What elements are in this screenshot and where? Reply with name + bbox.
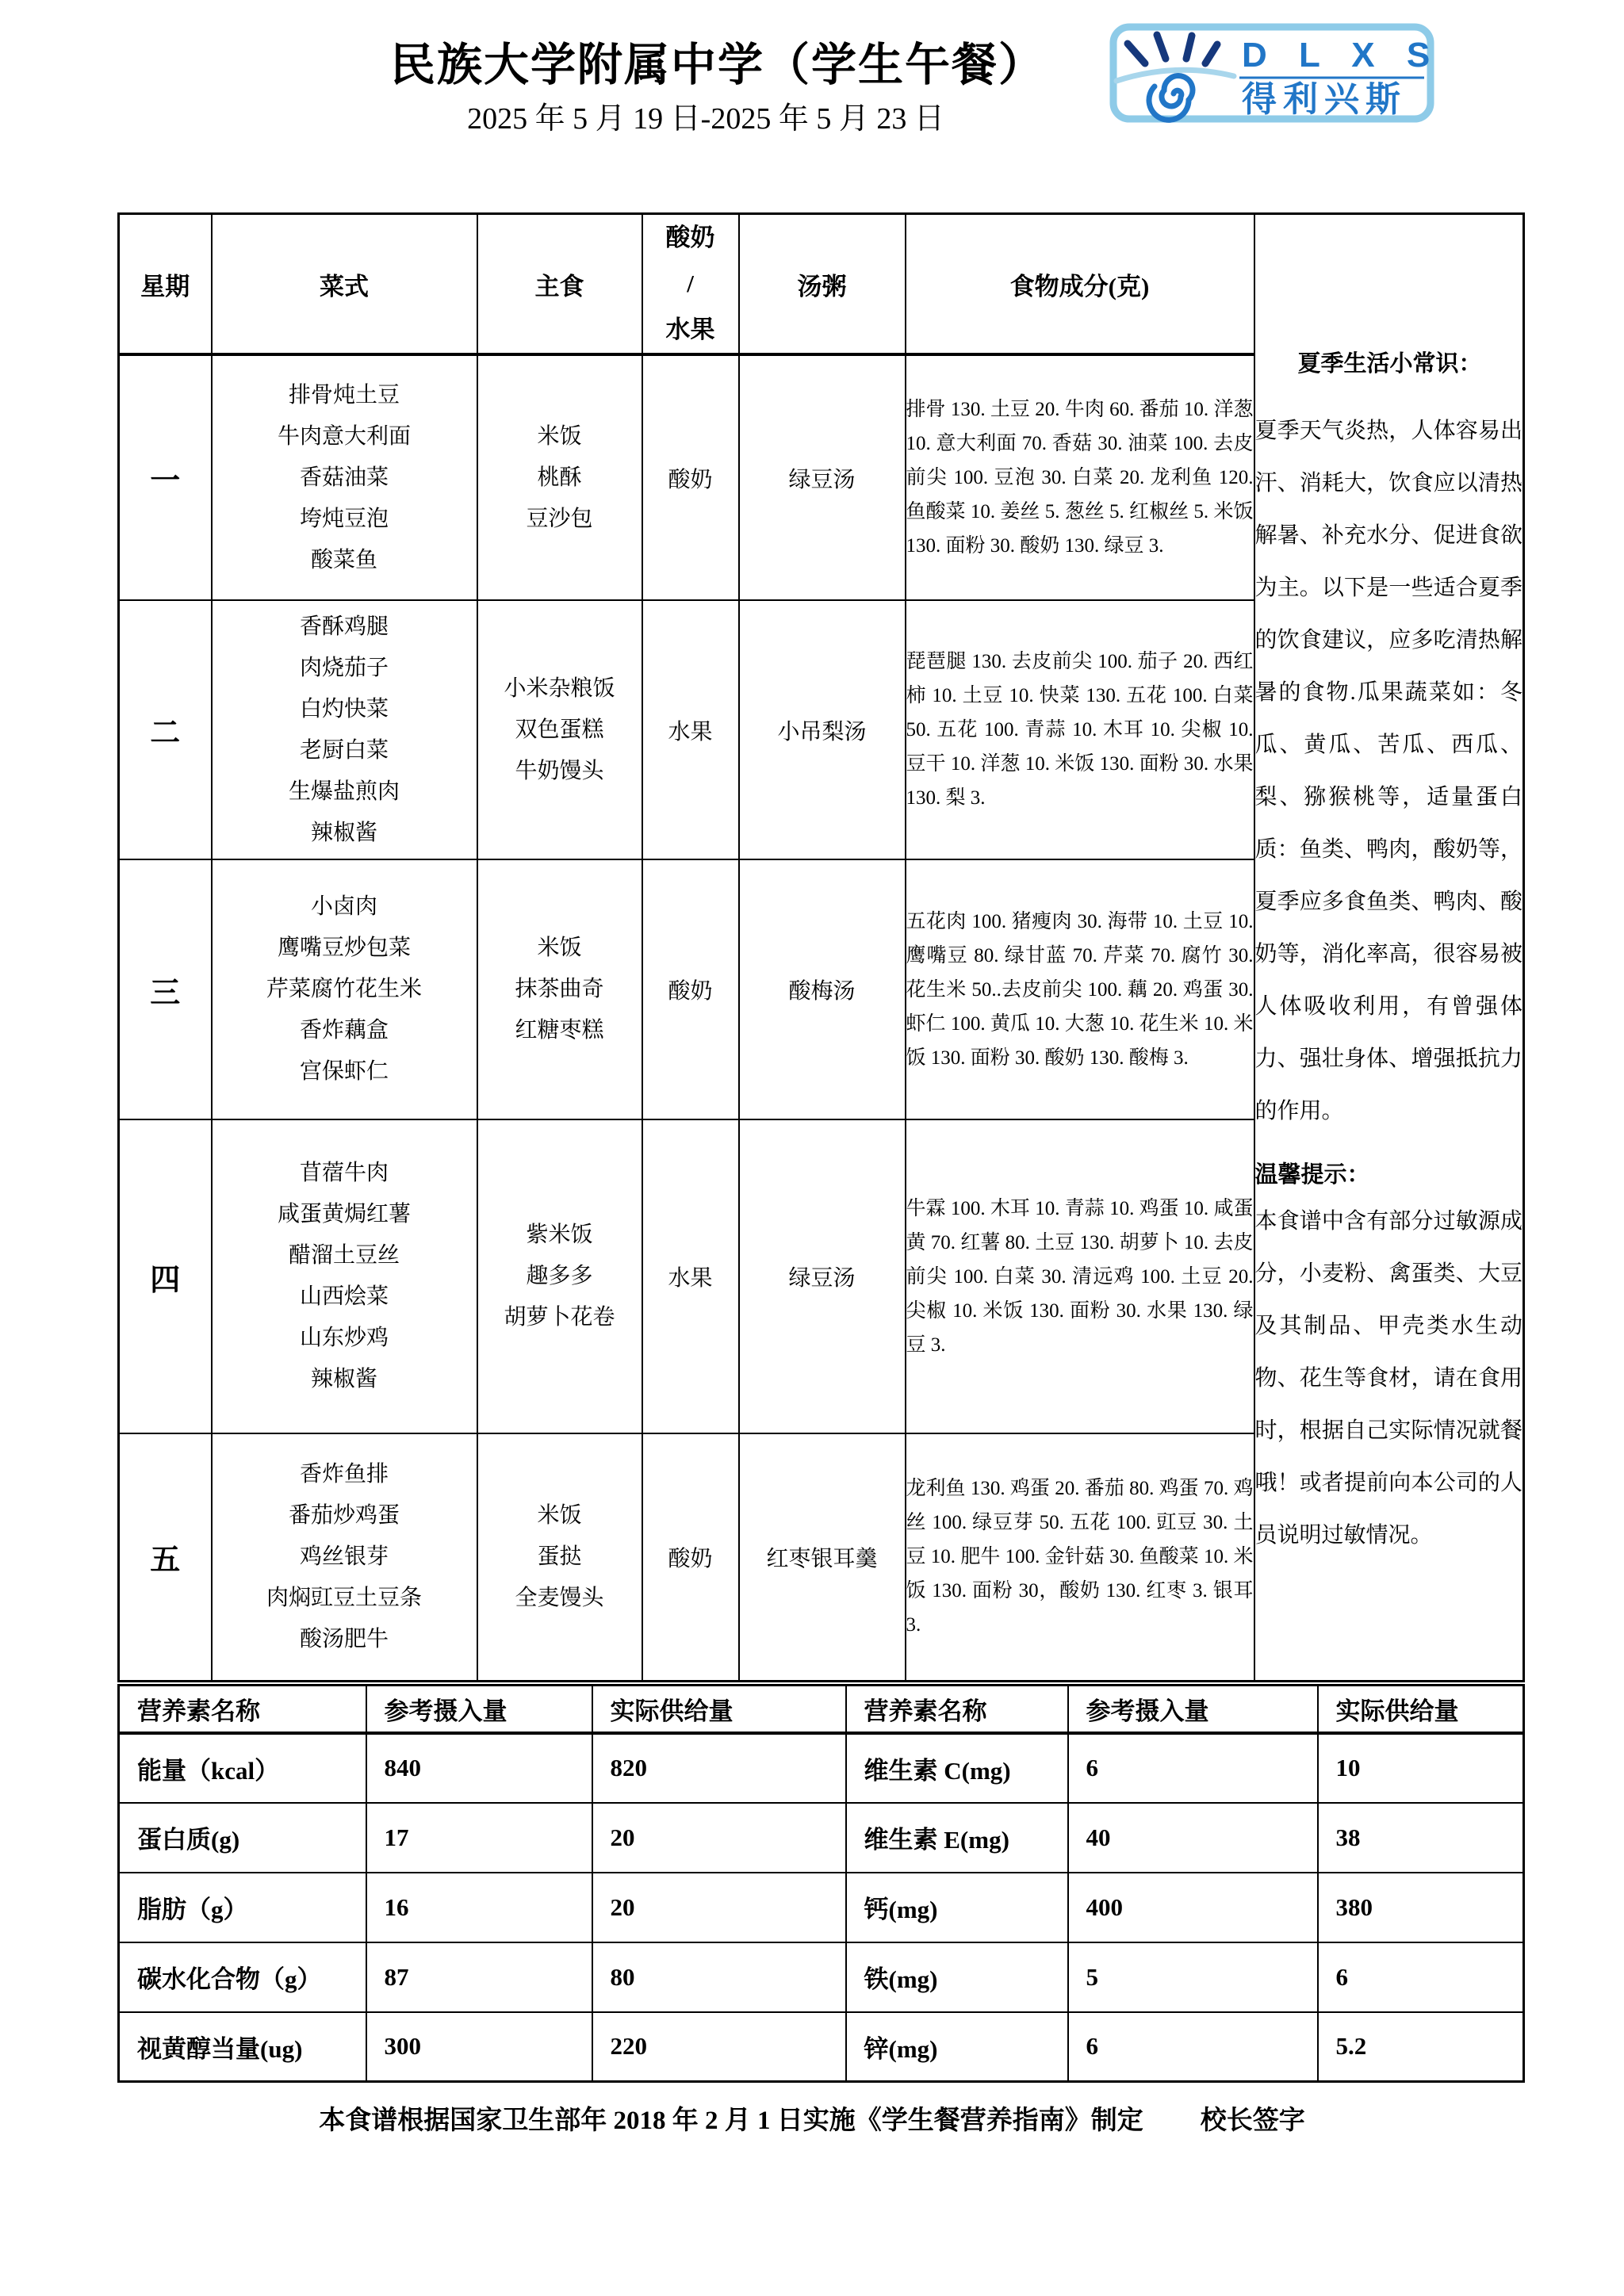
actual-value: 5.2: [1318, 2012, 1524, 2082]
reference-value: 300: [366, 2012, 592, 2082]
dish-item: 醋溜土豆丝: [213, 1235, 477, 1276]
nutrition-row: 视黄醇当量(ug) 300 220 锌(mg) 6 5.2: [119, 2012, 1524, 2082]
staple-item: 米饭: [478, 928, 642, 969]
soup-cell: 绿豆汤: [739, 1119, 906, 1433]
staple-item: 全麦馒头: [478, 1578, 642, 1619]
staple-item: 米饭: [478, 416, 642, 457]
composition-text: 排骨 130. 土豆 20. 牛肉 60. 番茄 10. 洋葱 10. 意大利面…: [906, 392, 1254, 563]
actual-value: 820: [592, 1733, 846, 1803]
eye-lashes-icon: [1128, 35, 1217, 63]
dishes-cell: 小卤肉 鹰嘴豆炒包菜 芹菜腐竹花生米 香炸藕盒 宫保虾仁: [212, 859, 477, 1119]
dish-item: 老厨白菜: [213, 730, 477, 771]
header-yf-slash: /: [643, 261, 738, 307]
header-yogurt-fruit: 酸奶 / 水果: [642, 214, 739, 355]
header-staple: 主食: [477, 214, 642, 355]
header-yf-line2: 水果: [643, 307, 738, 353]
actual-value: 6: [1318, 1942, 1524, 2012]
nutrition-table: 营养素名称 参考摄入量 实际供给量 营养素名称 参考摄入量 实际供给量 能量（k…: [117, 1684, 1525, 2083]
tips-body: 夏季天气炎热，人体容易出汗、消耗大，饮食应以清热解暑、补充水分、促进食欲为主。以…: [1255, 405, 1523, 1138]
soup-cell: 绿豆汤: [739, 354, 906, 600]
nutrient-label: 能量（kcal）: [119, 1733, 366, 1803]
composition-cell: 五花肉 100. 猪瘦肉 30. 海带 10. 土豆 10. 鹰嘴豆 80. 绿…: [906, 859, 1254, 1119]
dish-item: 酸菜鱼: [213, 540, 477, 581]
nutrient-label: 钙(mg): [846, 1873, 1068, 1942]
dish-item: 香炸鱼排: [213, 1454, 477, 1495]
staple-cell: 米饭 蛋挞 全麦馒头: [477, 1433, 642, 1681]
lunch-menu-table: 星期 菜式 主食 酸奶 / 水果 汤粥 食物成分(克) 夏季生活小常识： 夏季天…: [117, 212, 1525, 1682]
reference-value: 400: [1068, 1873, 1318, 1942]
composition-cell: 排骨 130. 土豆 20. 牛肉 60. 番茄 10. 洋葱 10. 意大利面…: [906, 354, 1254, 600]
actual-value: 38: [1318, 1803, 1524, 1873]
reference-value: 17: [366, 1803, 592, 1873]
dish-item: 鹰嘴豆炒包菜: [213, 928, 477, 969]
company-logo: D L X S 得利兴斯: [1109, 22, 1435, 124]
soup-cell: 红枣银耳羹: [739, 1433, 906, 1681]
header-composition: 食物成分(克): [906, 214, 1254, 355]
actual-value: 10: [1318, 1733, 1524, 1803]
composition-text: 五花肉 100. 猪瘦肉 30. 海带 10. 土豆 10. 鹰嘴豆 80. 绿…: [906, 905, 1254, 1075]
day-label: 四: [119, 1119, 212, 1433]
staple-item: 米饭: [478, 1495, 642, 1536]
composition-text: 琵琶腿 130. 去皮前尖 100. 茄子 20. 西红柿 10. 土豆 10.…: [906, 645, 1254, 815]
day-label: 二: [119, 600, 212, 859]
actual-supply-header: 实际供给量: [1318, 1686, 1524, 1733]
staple-item: 牛奶馒头: [478, 751, 642, 792]
composition-text: 牛霖 100. 木耳 10. 青蒜 10. 鸡蛋 10. 咸蛋黄 70. 红薯 …: [906, 1192, 1254, 1362]
staple-item: 桃酥: [478, 457, 642, 499]
soup-cell: 酸梅汤: [739, 859, 906, 1119]
dish-item: 肉焖豇豆土豆条: [213, 1578, 477, 1619]
staple-item: 蛋挞: [478, 1536, 642, 1578]
yogurt-fruit-cell: 水果: [642, 1119, 739, 1433]
staple-item: 趣多多: [478, 1256, 642, 1297]
tips-panel: 夏季生活小常识： 夏季天气炎热，人体容易出汗、消耗大，饮食应以清热解暑、补充水分…: [1254, 214, 1524, 1682]
actual-value: 80: [592, 1942, 846, 2012]
day-label: 五: [119, 1433, 212, 1681]
actual-value: 20: [592, 1873, 846, 1942]
staple-cell: 小米杂粮饭 双色蛋糕 牛奶馒头: [477, 600, 642, 859]
dish-item: 生爆盐煎肉: [213, 771, 477, 813]
dishes-cell: 排骨炖土豆 牛肉意大利面 香菇油菜 垮炖豆泡 酸菜鱼: [212, 354, 477, 600]
nutrition-row: 脂肪（g） 16 20 钙(mg) 400 380: [119, 1873, 1524, 1942]
actual-supply-header: 实际供给量: [592, 1686, 846, 1733]
yogurt-fruit-cell: 酸奶: [642, 354, 739, 600]
dish-item: 咸蛋黄焗红薯: [213, 1194, 477, 1235]
reference-value: 6: [1068, 1733, 1318, 1803]
header-day: 星期: [119, 214, 212, 355]
nutrient-label: 蛋白质(g): [119, 1803, 366, 1873]
staple-cell: 米饭 桃酥 豆沙包: [477, 354, 642, 600]
composition-cell: 龙利鱼 130. 鸡蛋 20. 番茄 80. 鸡蛋 70. 鸡丝 100. 绿豆…: [906, 1433, 1254, 1681]
nutrient-label: 铁(mg): [846, 1942, 1068, 2012]
nutrient-label: 碳水化合物（g）: [119, 1942, 366, 2012]
logo-abbr: D L X S: [1242, 36, 1435, 75]
nutrient-label: 视黄醇当量(ug): [119, 2012, 366, 2082]
dish-item: 辣椒酱: [213, 1359, 477, 1400]
dish-item: 辣椒酱: [213, 813, 477, 854]
staple-item: 豆沙包: [478, 499, 642, 540]
composition-cell: 牛霖 100. 木耳 10. 青蒜 10. 鸡蛋 10. 咸蛋黄 70. 红薯 …: [906, 1119, 1254, 1433]
nutrition-row: 碳水化合物（g） 87 80 铁(mg) 5 6: [119, 1942, 1524, 2012]
staple-item: 双色蛋糕: [478, 710, 642, 751]
day-label: 三: [119, 859, 212, 1119]
actual-value: 380: [1318, 1873, 1524, 1942]
nutrient-name-header: 营养素名称: [119, 1686, 366, 1733]
yogurt-fruit-cell: 酸奶: [642, 859, 739, 1119]
logo-name: 得利兴斯: [1242, 80, 1407, 119]
reference-value: 840: [366, 1733, 592, 1803]
staple-item: 抹茶曲奇: [478, 969, 642, 1010]
dish-item: 香菇油菜: [213, 457, 477, 499]
header-soup: 汤粥: [739, 214, 906, 355]
staple-item: 紫米饭: [478, 1215, 642, 1256]
dish-item: 肉烧茄子: [213, 648, 477, 689]
footer: 本食谱根据国家卫生部年 2018 年 2 月 1 日实施《学生餐营养指南》制定校…: [0, 2099, 1624, 2137]
dish-item: 番茄炒鸡蛋: [213, 1495, 477, 1536]
dish-item: 山西烩菜: [213, 1276, 477, 1318]
dish-item: 山东炒鸡: [213, 1318, 477, 1359]
dish-item: 苜蓿牛肉: [213, 1153, 477, 1194]
composition-text: 龙利鱼 130. 鸡蛋 20. 番茄 80. 鸡蛋 70. 鸡丝 100. 绿豆…: [906, 1471, 1254, 1642]
nutrient-label: 脂肪（g）: [119, 1873, 366, 1942]
dish-item: 香酥鸡腿: [213, 607, 477, 648]
header-dishes: 菜式: [212, 214, 477, 355]
reference-value: 40: [1068, 1803, 1318, 1873]
reference-value: 5: [1068, 1942, 1318, 2012]
spiral-eye-icon: [1149, 76, 1193, 121]
dish-item: 鸡丝银芽: [213, 1536, 477, 1578]
reference-intake-header: 参考摄入量: [366, 1686, 592, 1733]
dish-item: 酸汤肥牛: [213, 1619, 477, 1660]
nutrition-header-row: 营养素名称 参考摄入量 实际供给量 营养素名称 参考摄入量 实际供给量: [119, 1686, 1524, 1733]
reference-value: 87: [366, 1942, 592, 2012]
header-yf-line1: 酸奶: [643, 215, 738, 261]
dish-item: 牛肉意大利面: [213, 416, 477, 457]
principal-signature-label: 校长签字: [1201, 2107, 1305, 2135]
day-label: 一: [119, 354, 212, 600]
dishes-cell: 香酥鸡腿 肉烧茄子 白灼快菜 老厨白菜 生爆盐煎肉 辣椒酱: [212, 600, 477, 859]
tips-warm-body: 本食谱中含有部分过敏源成分，小麦粉、禽蛋类、大豆及其制品、甲壳类水生动物、花生等…: [1255, 1196, 1523, 1562]
reference-intake-header: 参考摄入量: [1068, 1686, 1318, 1733]
dish-item: 芹菜腐竹花生米: [213, 969, 477, 1010]
dishes-cell: 苜蓿牛肉 咸蛋黄焗红薯 醋溜土豆丝 山西烩菜 山东炒鸡 辣椒酱: [212, 1119, 477, 1433]
nutrient-label: 锌(mg): [846, 2012, 1068, 2082]
nutrition-row: 能量（kcal） 840 820 维生素 C(mg) 6 10: [119, 1733, 1524, 1803]
dish-item: 白灼快菜: [213, 689, 477, 730]
reference-value: 6: [1068, 2012, 1318, 2082]
soup-cell: 小吊梨汤: [739, 600, 906, 859]
nutrient-label: 维生素 C(mg): [846, 1733, 1068, 1803]
dish-item: 垮炖豆泡: [213, 499, 477, 540]
nutrient-name-header: 营养素名称: [846, 1686, 1068, 1733]
dish-item: 香炸藕盒: [213, 1010, 477, 1051]
dish-item: 宫保虾仁: [213, 1051, 477, 1093]
tips-title: 夏季生活小常识：: [1298, 346, 1523, 378]
nutrient-label: 维生素 E(mg): [846, 1803, 1068, 1873]
staple-item: 红糖枣糕: [478, 1010, 642, 1051]
actual-value: 220: [592, 2012, 846, 2082]
yogurt-fruit-cell: 酸奶: [642, 1433, 739, 1681]
dish-item: 排骨炖土豆: [213, 375, 477, 416]
yogurt-fruit-cell: 水果: [642, 600, 739, 859]
dish-item: 小卤肉: [213, 886, 477, 928]
lunch-menu-document: 民族大学附属中学（学生午餐） 2025 年 5 月 19 日-2025 年 5 …: [0, 0, 1624, 2296]
staple-item: 小米杂粮饭: [478, 668, 642, 710]
composition-cell: 琵琶腿 130. 去皮前尖 100. 茄子 20. 西红柿 10. 土豆 10.…: [906, 600, 1254, 859]
menu-header-row: 星期 菜式 主食 酸奶 / 水果 汤粥 食物成分(克) 夏季生活小常识： 夏季天…: [119, 214, 1524, 355]
tips-warm-title: 温馨提示：: [1255, 1157, 1523, 1189]
actual-value: 20: [592, 1803, 846, 1873]
reference-value: 16: [366, 1873, 592, 1942]
staple-cell: 米饭 抹茶曲奇 红糖枣糕: [477, 859, 642, 1119]
nutrition-row: 蛋白质(g) 17 20 维生素 E(mg) 40 38: [119, 1803, 1524, 1873]
footer-note: 本食谱根据国家卫生部年 2018 年 2 月 1 日实施《学生餐营养指南》制定: [319, 2107, 1143, 2135]
dishes-cell: 香炸鱼排 番茄炒鸡蛋 鸡丝银芽 肉焖豇豆土豆条 酸汤肥牛: [212, 1433, 477, 1681]
staple-item: 胡萝卜花卷: [478, 1297, 642, 1338]
staple-cell: 紫米饭 趣多多 胡萝卜花卷: [477, 1119, 642, 1433]
